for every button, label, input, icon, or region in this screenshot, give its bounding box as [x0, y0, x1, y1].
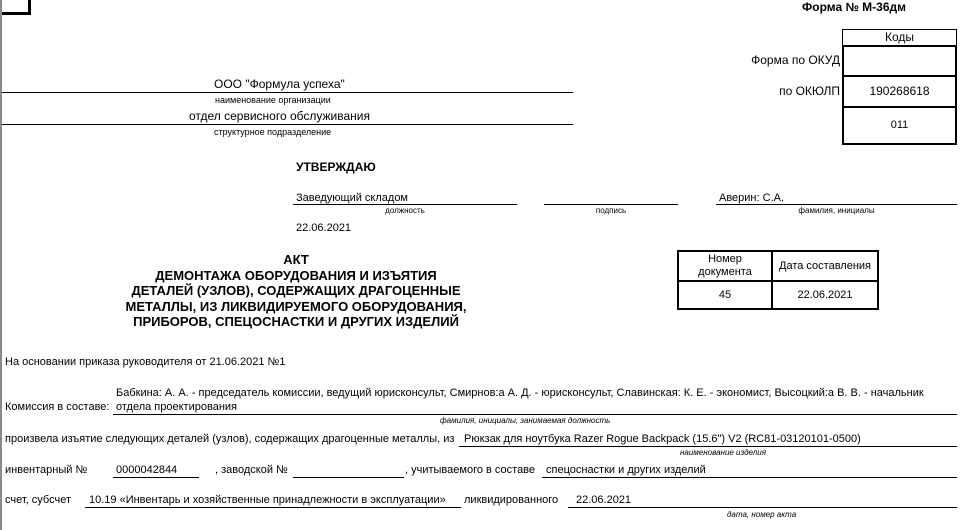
title-line: МЕТАЛЛЫ, ИЗ ЛИКВИДИРУЕМОГО ОБОРУДОВАНИЯ, — [100, 299, 492, 315]
liquidated-caption: дата, номер акта — [727, 510, 796, 519]
division-underline — [2, 124, 573, 125]
commission-caption: фамилия, инициалы, занимаемая должность — [440, 416, 610, 425]
item-underline — [459, 446, 957, 447]
liquidated-value[interactable]: 22.06.2021 — [576, 494, 631, 506]
factory-underline — [293, 477, 404, 478]
approval-heading: УТВЕРЖДАЮ — [296, 160, 376, 174]
title-line: ПРИБОРОВ, СПЕЦОСНАСТКИ И ДРУГИХ ИЗДЕЛИЙ — [100, 314, 492, 330]
commission-label: Комиссия в составе: — [5, 401, 109, 413]
okud-label: Форма по ОКУД — [751, 53, 840, 67]
approver-position[interactable]: Заведующий складом — [296, 192, 408, 204]
item-name[interactable]: Рюкзак для ноутбука Razer Rogue Backpack… — [464, 433, 861, 445]
doc-date-header: Дата составления — [772, 251, 878, 281]
commission-underline — [113, 414, 957, 415]
accounted-value[interactable]: спецоснастки и других изделий — [546, 464, 706, 476]
inventory-number[interactable]: 0000042844 — [116, 464, 177, 476]
account-label: счет, субсчет — [5, 494, 71, 506]
corner-cell-selection — [2, 0, 31, 15]
title-line: АКТ — [100, 252, 492, 268]
factory-label: , заводской № — [215, 464, 288, 476]
document-info-table: Номер документа Дата составления 45 22.0… — [677, 250, 879, 310]
commission-members-line2[interactable]: отдела проектирования — [116, 401, 237, 413]
inventory-underline — [113, 477, 199, 478]
accounted-underline — [542, 477, 957, 478]
name-underline — [716, 204, 957, 205]
codes-box: Коды 190268618 011 — [842, 29, 957, 145]
okulp-code-cell[interactable]: 190268618 — [842, 77, 957, 108]
doc-date-value[interactable]: 22.06.2021 — [772, 281, 878, 309]
codes-header: Коды — [842, 29, 957, 45]
account-value[interactable]: 10.19 «Инвентарь и хозяйственные принадл… — [89, 494, 446, 506]
position-caption: должность — [293, 206, 517, 215]
doc-number-header-line1: Номер — [679, 253, 771, 266]
signature-caption: подпись — [544, 206, 678, 215]
organization-caption: наименование организации — [215, 95, 331, 105]
division-name[interactable]: отдел сервисного обслуживания — [189, 109, 370, 123]
signature-underline[interactable] — [544, 204, 678, 205]
form-number: Форма № М-36дм — [802, 0, 906, 14]
approver-name[interactable]: Аверин: С.А. — [719, 192, 784, 204]
account-underline — [85, 507, 461, 508]
extraction-text: произвела изъятие следующих деталей (узл… — [5, 433, 454, 445]
name-caption: фамилия, инициалы — [716, 206, 957, 215]
organization-name[interactable]: ООО "Формула успеха" — [214, 77, 345, 91]
doc-number-header: Номер документа — [678, 251, 772, 281]
division-caption: структурное подразделение — [214, 127, 331, 137]
sheet-left-edge — [0, 0, 2, 530]
extra-code-cell[interactable]: 011 — [842, 108, 957, 145]
act-title: АКТ ДЕМОНТАЖА ОБОРУДОВАНИЯ И ИЗЪЯТИЯ ДЕТ… — [100, 252, 492, 330]
liquidated-underline — [568, 507, 957, 508]
factory-number[interactable] — [295, 464, 403, 477]
item-caption: наименование изделия — [680, 448, 766, 457]
doc-number-value[interactable]: 45 — [678, 281, 772, 309]
liquidated-label: ликвидированного — [464, 494, 558, 506]
inventory-label: инвентарный № — [5, 464, 87, 476]
accounted-label: , учитываемого в составе — [405, 464, 535, 476]
organization-underline — [2, 92, 573, 93]
title-line: ДЕТАЛЕЙ (УЗЛОВ), СОДЕРЖАЩИХ ДРАГОЦЕННЫЕ — [100, 283, 492, 299]
basis-text: На основании приказа руководителя от 21.… — [5, 356, 285, 368]
okud-code-cell[interactable] — [842, 45, 957, 77]
okulp-label: по ОКЮЛП — [779, 84, 840, 98]
title-line: ДЕМОНТАЖА ОБОРУДОВАНИЯ И ИЗЪЯТИЯ — [100, 268, 492, 284]
commission-members-line1[interactable]: Бабкина: А. А. - председатель комиссии, … — [116, 387, 924, 399]
position-underline — [293, 204, 517, 205]
approval-date[interactable]: 22.06.2021 — [296, 222, 351, 234]
doc-number-header-line2: документа — [679, 266, 771, 279]
